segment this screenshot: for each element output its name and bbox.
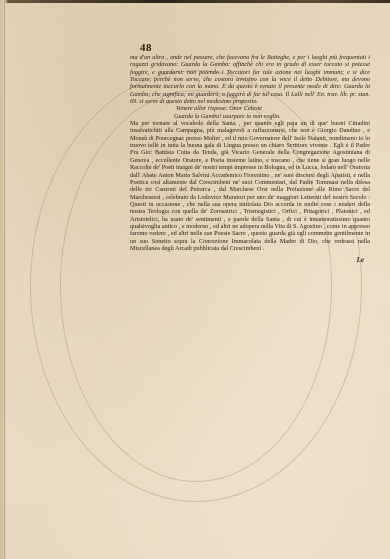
page-gutter	[0, 0, 8, 559]
book-page: 48 ma d'un altra , onde nel passare, che…	[0, 0, 390, 559]
paragraph-italic: ma d'un altra , onde nel passare, che fa…	[130, 54, 370, 105]
verse-quotation: Venere allor rispose: Onor Celeste Guard…	[130, 105, 370, 120]
page-top-edge	[0, 0, 390, 3]
catchword: Le	[130, 256, 370, 264]
page-number: 48	[130, 42, 370, 54]
text-column: 48 ma d'un altra , onde nel passare, che…	[130, 42, 370, 264]
verse-line-1: Venere allor rispose: Onor Celeste	[130, 105, 370, 112]
verse-line-2: Guarda la Gamba! usurpare io non voglio.	[130, 113, 370, 120]
paragraph-main: Ma per tornare al vocabolo della Santa ,…	[130, 120, 370, 252]
